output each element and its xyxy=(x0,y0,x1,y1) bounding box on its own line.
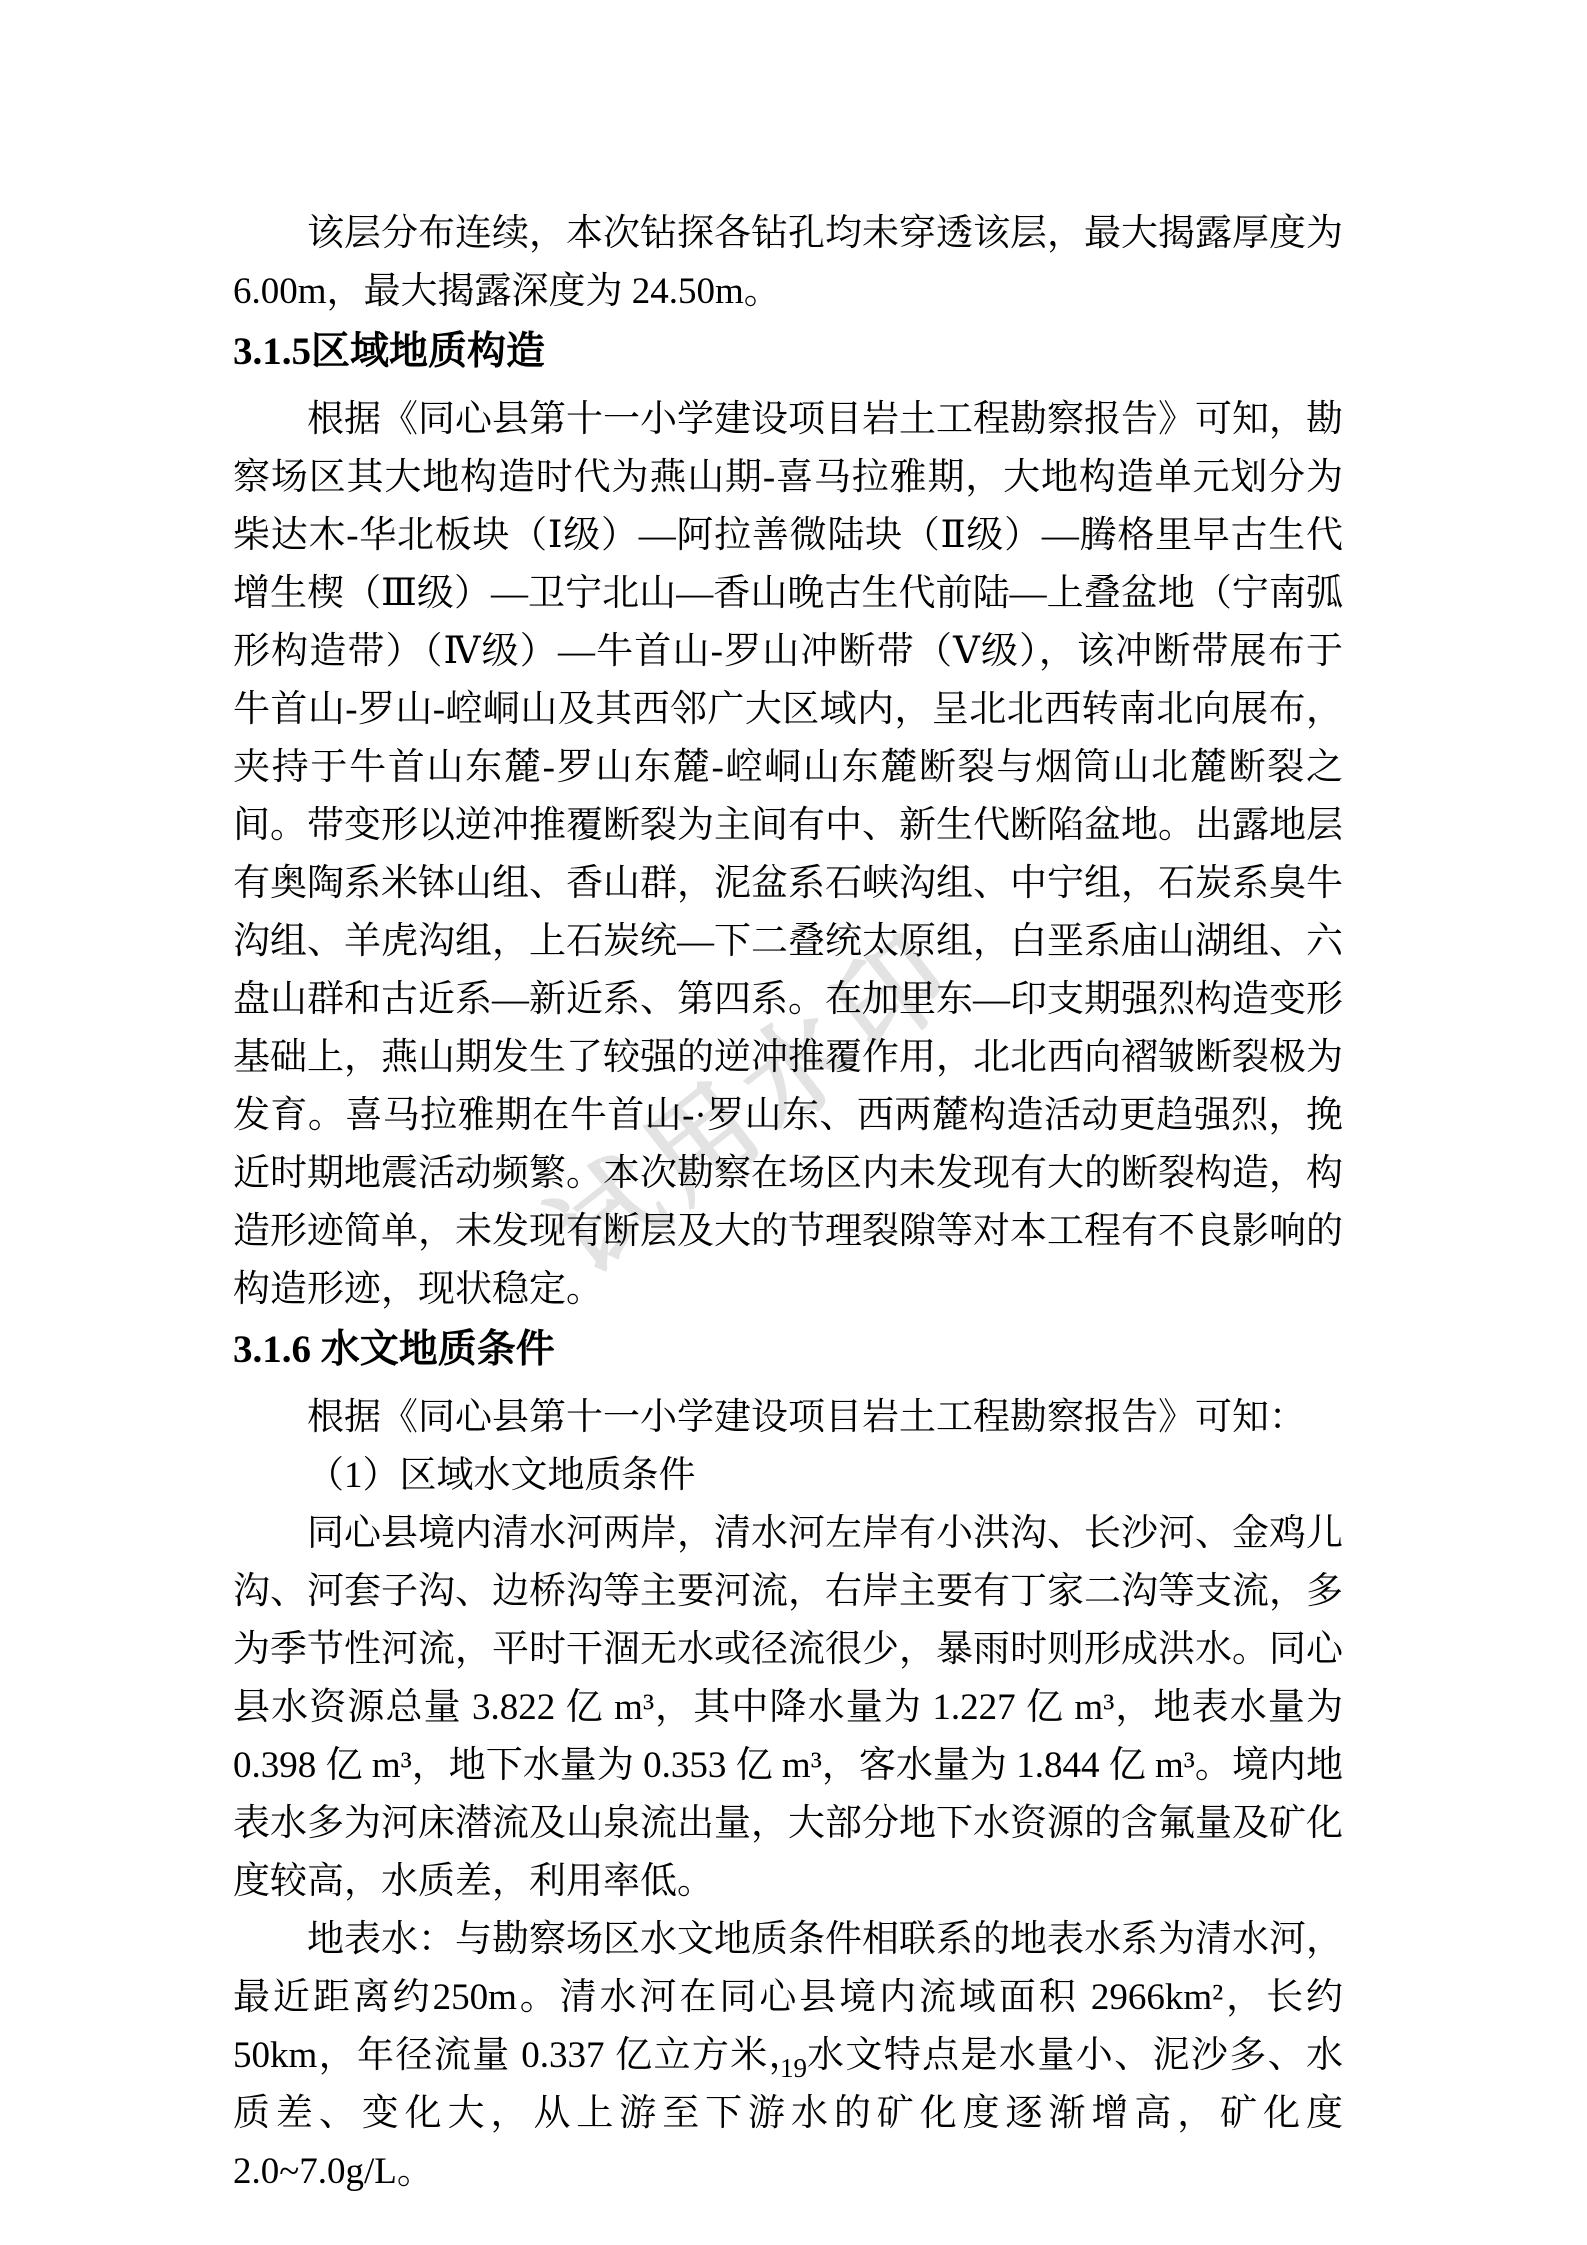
document-page: 试用水印 该层分布连续，本次钻探各钻孔均未穿透该层，最大揭露厚度为 6.00m，… xyxy=(0,0,1587,2245)
paragraph-regional-geologic-structure: 根据《同心县第十一小学建设项目岩土工程勘察报告》可知，勘察场区其大地构造时代为燕… xyxy=(233,391,1343,1319)
section-heading-3-1-6: 3.1.6 水文地质条件 xyxy=(233,1321,1343,1379)
page-footer: 19 xyxy=(0,2052,1587,2084)
page-number: 19 xyxy=(780,2053,807,2083)
paragraph-report-reference: 根据《同心县第十一小学建设项目岩土工程勘察报告》可知： xyxy=(233,1389,1343,1447)
paragraph-subsection-regional-hydrogeology-title: （1）区域水文地质条件 xyxy=(233,1447,1343,1505)
section-heading-3-1-5: 3.1.5区域地质构造 xyxy=(233,323,1343,381)
document-body: 该层分布连续，本次钻探各钻孔均未穿透该层，最大揭露厚度为 6.00m，最大揭露深… xyxy=(233,205,1343,2201)
paragraph-rivers-and-water-resources: 同心县境内清水河两岸，清水河左岸有小洪沟、长沙河、金鸡儿沟、河套子沟、边桥沟等主… xyxy=(233,1505,1343,1911)
paragraph-stratum-thickness: 该层分布连续，本次钻探各钻孔均未穿透该层，最大揭露厚度为 6.00m，最大揭露深… xyxy=(233,205,1343,321)
